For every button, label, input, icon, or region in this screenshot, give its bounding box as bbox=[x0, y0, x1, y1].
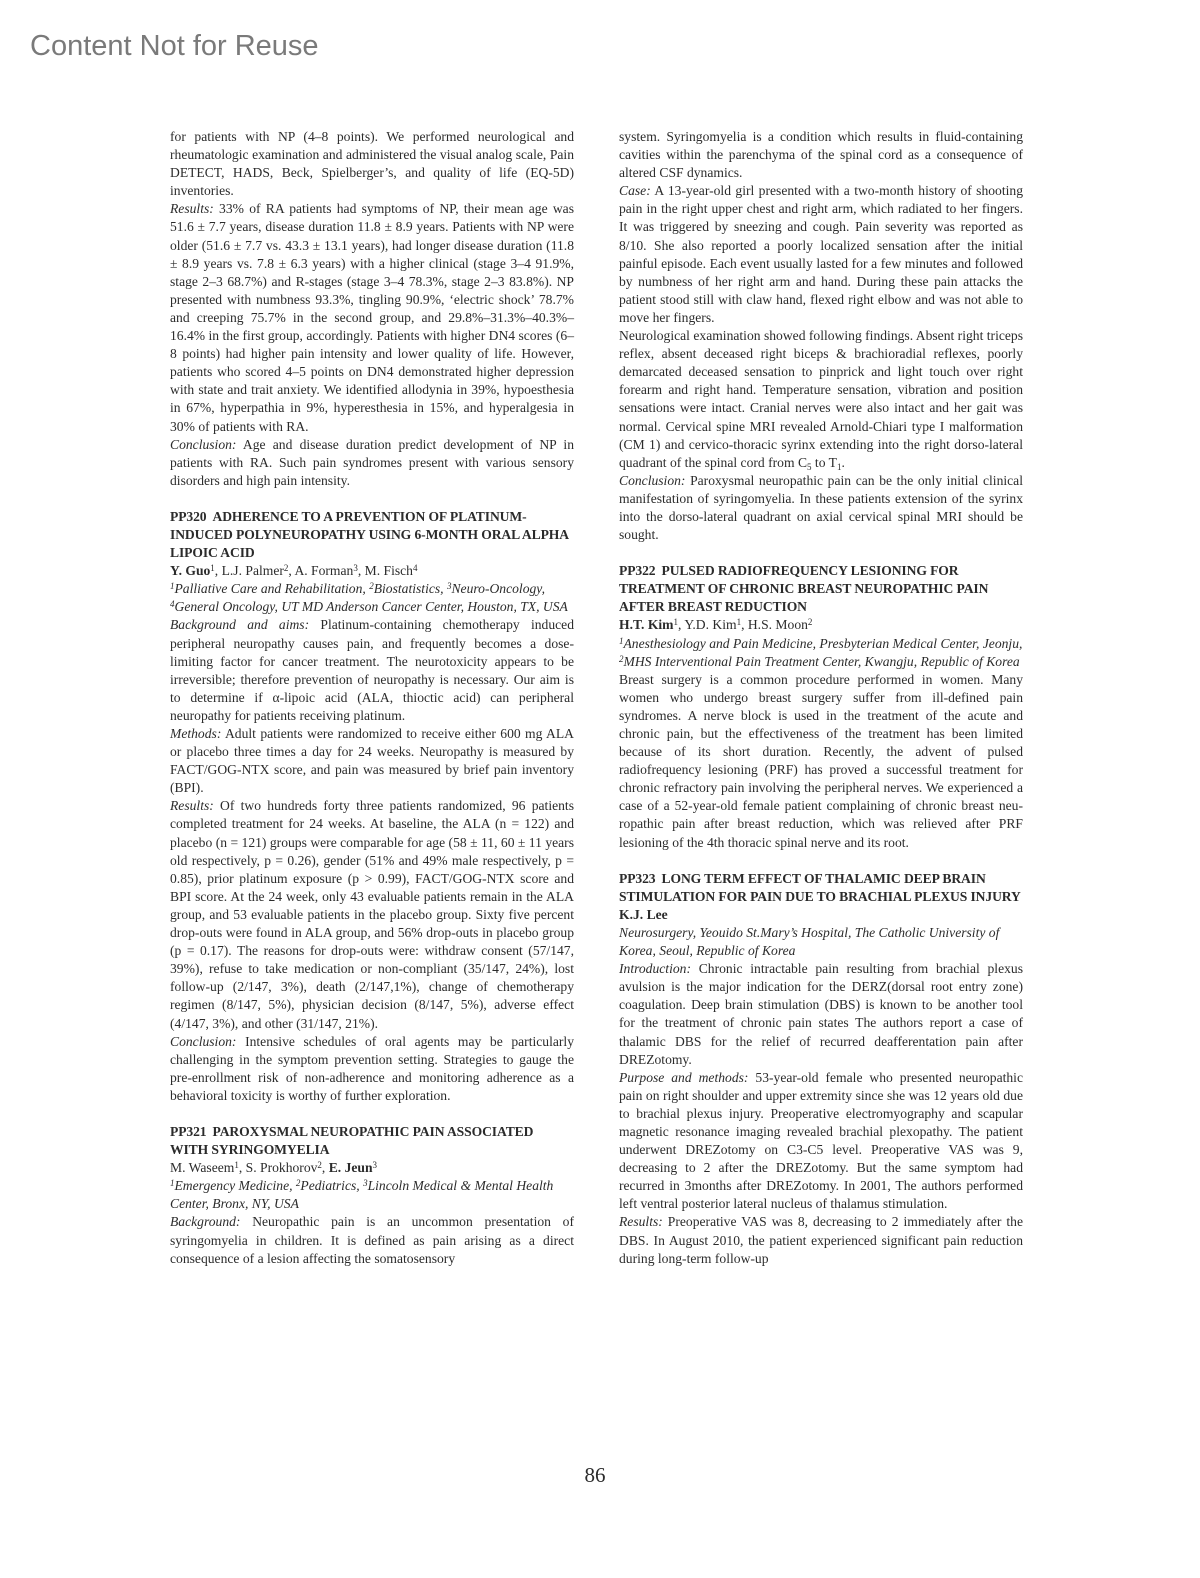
background-tail: system. Syringomyelia is a condition whi… bbox=[619, 128, 1023, 182]
author-name: S. Prokhorov bbox=[246, 1160, 318, 1175]
exam-paragraph: Neurological examination showed followin… bbox=[619, 327, 1023, 472]
background-label: Background: bbox=[170, 1214, 240, 1229]
abstract-pp321: PP321PAROXYSMAL NEUROPATHIC PAIN ASSOCIA… bbox=[170, 1123, 574, 1268]
author-name: A. Forman bbox=[294, 563, 353, 578]
abstract-continued: for patients with NP (4–8 points). We pe… bbox=[170, 128, 574, 490]
body-paragraph: Breast surgery is a common procedure per… bbox=[619, 671, 1023, 852]
introduction-label: Introduction: bbox=[619, 961, 691, 976]
abstract-number: PP322 bbox=[619, 563, 656, 578]
author-name: Y. Guo bbox=[170, 563, 210, 578]
author-name: M. Waseem bbox=[170, 1160, 234, 1175]
results-paragraph: Results: Of two hundreds forty three pat… bbox=[170, 797, 574, 1032]
affiliations: Neurosurgery, Yeouido St.Mary’s Hospital… bbox=[619, 924, 1023, 960]
methods-paragraph: Methods: Adult patients were randomized … bbox=[170, 725, 574, 797]
abstract-title-text: ADHERENCE TO A PREVENTION OF PLATINUM-IN… bbox=[170, 509, 568, 560]
author-name: H.S. Moon bbox=[748, 617, 808, 632]
results-label: Results: bbox=[170, 798, 214, 813]
author-name: L.J. Palmer bbox=[222, 563, 284, 578]
author-name: H.T. Kim bbox=[619, 617, 674, 632]
abstract-pp323: PP323LONG TERM EFFECT OF THALAMIC DEEP B… bbox=[619, 870, 1023, 1268]
abstract-pp321-continued: system. Syringomyelia is a condition whi… bbox=[619, 128, 1023, 544]
case-label: Case: bbox=[619, 183, 651, 198]
author-list: K.J. Lee bbox=[619, 906, 1023, 924]
conclusion-label: Conclusion: bbox=[170, 1034, 236, 1049]
conclusion-label: Conclusion: bbox=[619, 473, 685, 488]
introduction-paragraph: Introduction: Chronic intractable pain r… bbox=[619, 960, 1023, 1069]
abstract-title-text: PAROXYSMAL NEUROPATHIC PAIN ASSOCIATED W… bbox=[170, 1124, 533, 1157]
right-column: system. Syringomyelia is a condition whi… bbox=[619, 128, 1023, 1268]
conclusion-paragraph: Conclusion: Age and disease duration pre… bbox=[170, 436, 574, 490]
abstract-number: PP323 bbox=[619, 871, 656, 886]
results-text: 33% of RA patients had symptoms of NP, t… bbox=[170, 201, 574, 433]
case-paragraph: Case: A 13-year-old girl presented with … bbox=[619, 182, 1023, 327]
watermark: Content Not for Reuse bbox=[30, 30, 319, 63]
abstract-pp320: PP320ADHERENCE TO A PREVENTION OF PLATIN… bbox=[170, 508, 574, 1105]
abstract-pp322: PP322PULSED RADIOFREQUENCY LESIONING FOR… bbox=[619, 562, 1023, 852]
results-paragraph: Results: 33% of RA patients had symptoms… bbox=[170, 200, 574, 435]
purpose-label: Purpose and methods: bbox=[619, 1070, 748, 1085]
author-name: K.J. Lee bbox=[619, 907, 668, 922]
author-list: M. Waseem1, S. Prokhorov2, E. Jeun3 bbox=[170, 1159, 574, 1177]
conclusion-paragraph: Conclusion: Intensive schedules of oral … bbox=[170, 1033, 574, 1105]
abstract-title: PP323LONG TERM EFFECT OF THALAMIC DEEP B… bbox=[619, 870, 1023, 906]
methods-label: Methods: bbox=[170, 726, 221, 741]
abstract-title-text: LONG TERM EFFECT OF THALAMIC DEEP BRAIN … bbox=[619, 871, 1021, 904]
abstract-title-text: PULSED RADIOFREQUENCY LESIONING FOR TREA… bbox=[619, 563, 988, 614]
background-paragraph: Background and aims: Platinum-containing… bbox=[170, 616, 574, 725]
background-label: Background and aims: bbox=[170, 617, 309, 632]
author-name: E. Jeun bbox=[329, 1160, 373, 1175]
author-name: M. Fisch bbox=[365, 563, 413, 578]
abstract-title: PP322PULSED RADIOFREQUENCY LESIONING FOR… bbox=[619, 562, 1023, 616]
results-label: Results: bbox=[170, 201, 214, 216]
abstract-title: PP320ADHERENCE TO A PREVENTION OF PLATIN… bbox=[170, 508, 574, 562]
results-label: Results: bbox=[619, 1214, 663, 1229]
page-number: 86 bbox=[0, 1463, 1190, 1488]
author-name: Y.D. Kim bbox=[684, 617, 736, 632]
abstract-number: PP321 bbox=[170, 1124, 207, 1139]
left-column: for patients with NP (4–8 points). We pe… bbox=[170, 128, 574, 1268]
purpose-paragraph: Purpose and methods: 53-year-old female … bbox=[619, 1069, 1023, 1214]
methods-tail: for patients with NP (4–8 points). We pe… bbox=[170, 128, 574, 200]
abstract-title: PP321PAROXYSMAL NEUROPATHIC PAIN ASSOCIA… bbox=[170, 1123, 574, 1159]
results-paragraph: Results: Preoperative VAS was 8, decreas… bbox=[619, 1213, 1023, 1267]
conclusion-paragraph: Conclusion: Paroxysmal neuropathic pain … bbox=[619, 472, 1023, 544]
conclusion-label: Conclusion: bbox=[170, 437, 236, 452]
abstract-number: PP320 bbox=[170, 509, 207, 524]
author-list: H.T. Kim1, Y.D. Kim1, H.S. Moon2 bbox=[619, 616, 1023, 634]
affiliations: 1Palliative Care and Rehabilitation, 2Bi… bbox=[170, 580, 574, 616]
author-list: Y. Guo1, L.J. Palmer2, A. Forman3, M. Fi… bbox=[170, 562, 574, 580]
affiliations: 1Emergency Medicine, 2Pediatrics, 3Linco… bbox=[170, 1177, 574, 1213]
affiliations: 1Anesthesiology and Pain Medicine, Presb… bbox=[619, 635, 1023, 671]
background-paragraph: Background: Neuropathic pain is an uncom… bbox=[170, 1213, 574, 1267]
